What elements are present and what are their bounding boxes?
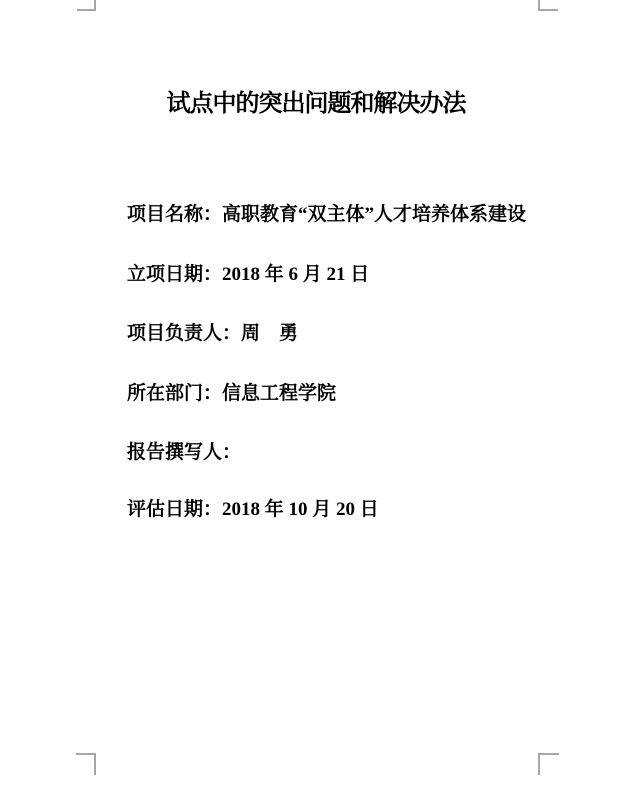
crop-mark-bottom-right-icon xyxy=(538,753,559,775)
field-project-leader: 项目负责人：周 勇 xyxy=(127,322,298,346)
document-title: 试点中的突出问题和解决办法 xyxy=(0,83,632,118)
field-report-writer: 报告撰写人： xyxy=(127,441,241,465)
field-approval-date: 立项日期：2018 年 6 月 21 日 xyxy=(127,263,369,287)
field-evaluation-date: 评估日期：2018 年 10 月 20 日 xyxy=(127,498,379,522)
crop-mark-top-left-icon xyxy=(77,0,96,11)
field-department: 所在部门：信息工程学院 xyxy=(127,382,336,406)
document-page: 试点中的突出问题和解决办法 项目名称：高职教育“双主体”人才培养体系建设 立项日… xyxy=(0,0,632,802)
field-project-name: 项目名称：高职教育“双主体”人才培养体系建设 xyxy=(127,203,526,227)
crop-mark-top-right-icon xyxy=(538,0,558,11)
crop-mark-bottom-left-icon xyxy=(76,753,96,775)
